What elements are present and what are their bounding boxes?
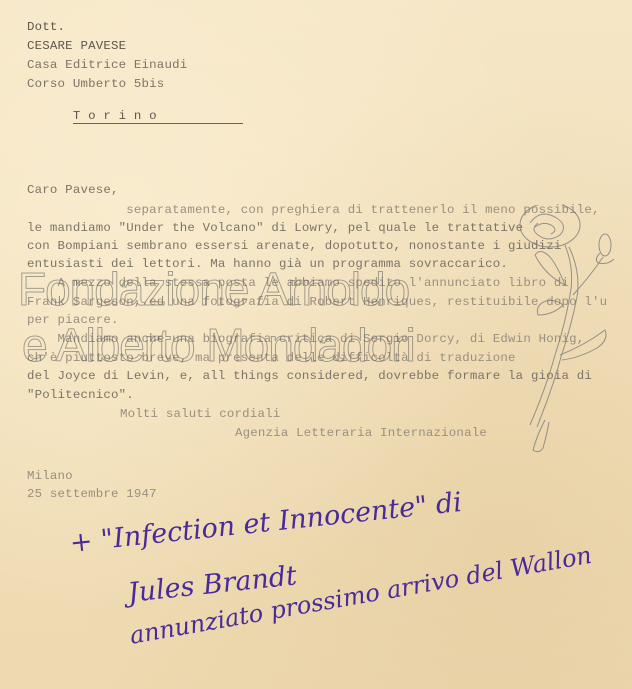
watermark-line-1: Fondazione Arnoldo: [18, 262, 409, 316]
salutation: Caro Pavese,: [27, 183, 119, 197]
date: 25 settembre 1947: [27, 487, 157, 501]
recipient-company: Casa Editrice Einaudi: [27, 58, 187, 72]
recipient-city: T o r i n o: [27, 95, 197, 138]
body-line: con Bompiani sembrano essersi arenate, d…: [27, 239, 562, 253]
recipient-city-text: T o r i n o: [73, 109, 243, 124]
watermark-line-2: e Alberto Mondadori: [22, 318, 415, 372]
body-line: le mandiamo "Under the Volcano" di Lowry…: [27, 221, 523, 235]
recipient-name: CESARE PAVESE: [27, 39, 126, 53]
body-line: "Politecnico".: [27, 388, 134, 402]
closing: Molti saluti cordiali: [120, 407, 280, 421]
recipient-street: Corso Umberto 5bis: [27, 77, 164, 91]
rose-watermark-icon: [505, 205, 625, 465]
place: Milano: [27, 469, 73, 483]
signature: Agenzia Letteraria Internazionale: [235, 426, 487, 440]
recipient-title: Dott.: [27, 20, 65, 34]
